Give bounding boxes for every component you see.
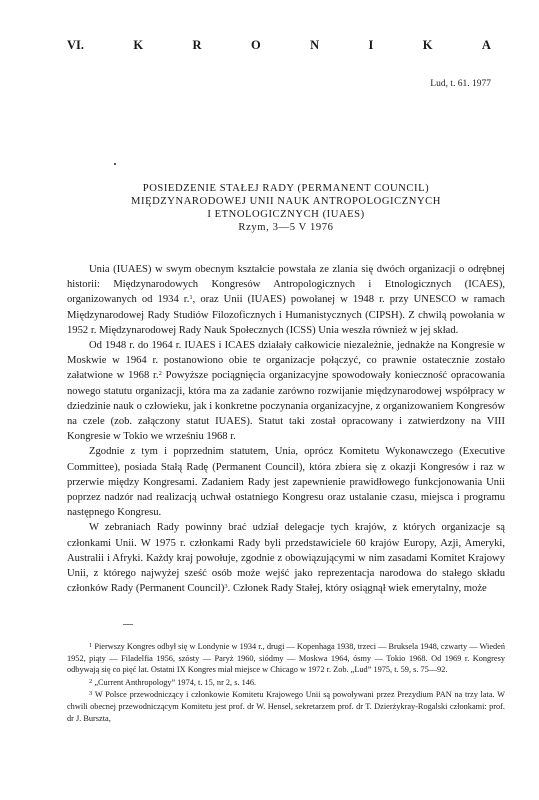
paragraph: Od 1948 r. do 1964 r. IUAES i ICAES dzia… [67,338,505,444]
paragraph: Zgodnie z tym i poprzednim statutem, Uni… [67,444,505,520]
section-letter: A [482,38,491,53]
footnote: 2 „Current Anthropology” 1974, t. 15, nr… [67,676,505,689]
footnote-mark: 2 [89,678,92,685]
section-letter: R [193,38,202,53]
title-line: MIĘDZYNARODOWEJ UNII NAUK ANTROPOLOGICZN… [60,195,512,208]
footnote: 3 W Polsce przewodniczący i członkowie K… [67,688,505,724]
footnote-mark: 1 [89,642,92,649]
footnote: 1 Pierwszy Kongres odbył się w Londynie … [67,640,505,676]
paragraph: Unia (IUAES) w swym obecnym kształcie po… [67,262,505,338]
section-number: VI. [67,38,84,53]
paragraph: W zebraniach Rady powinny brać udział de… [67,520,505,596]
footnote-mark: 3 [89,690,92,697]
footnote-separator [123,624,133,625]
journal-citation: Lud, t. 61. 1977 [430,79,491,89]
footnotes: 1 Pierwszy Kongres odbył się w Londynie … [67,640,505,724]
print-speck [114,163,116,165]
title-line: POSIEDZENIE STAŁEJ RADY (PERMANENT COUNC… [60,182,512,195]
article-title: POSIEDZENIE STAŁEJ RADY (PERMANENT COUNC… [60,182,512,234]
article-body: Unia (IUAES) w swym obecnym kształcie po… [67,262,505,596]
section-letter: O [251,38,261,53]
section-letter: K [423,38,433,53]
place-date: Rzym, 3—5 V 1976 [60,221,512,234]
section-letter: K [133,38,143,53]
section-letter: N [310,38,319,53]
title-line: I ETNOLOGICZNYCH (IUAES) [60,208,512,221]
running-head: VI. K R O N I K A [67,38,491,53]
section-letter: I [369,38,374,53]
